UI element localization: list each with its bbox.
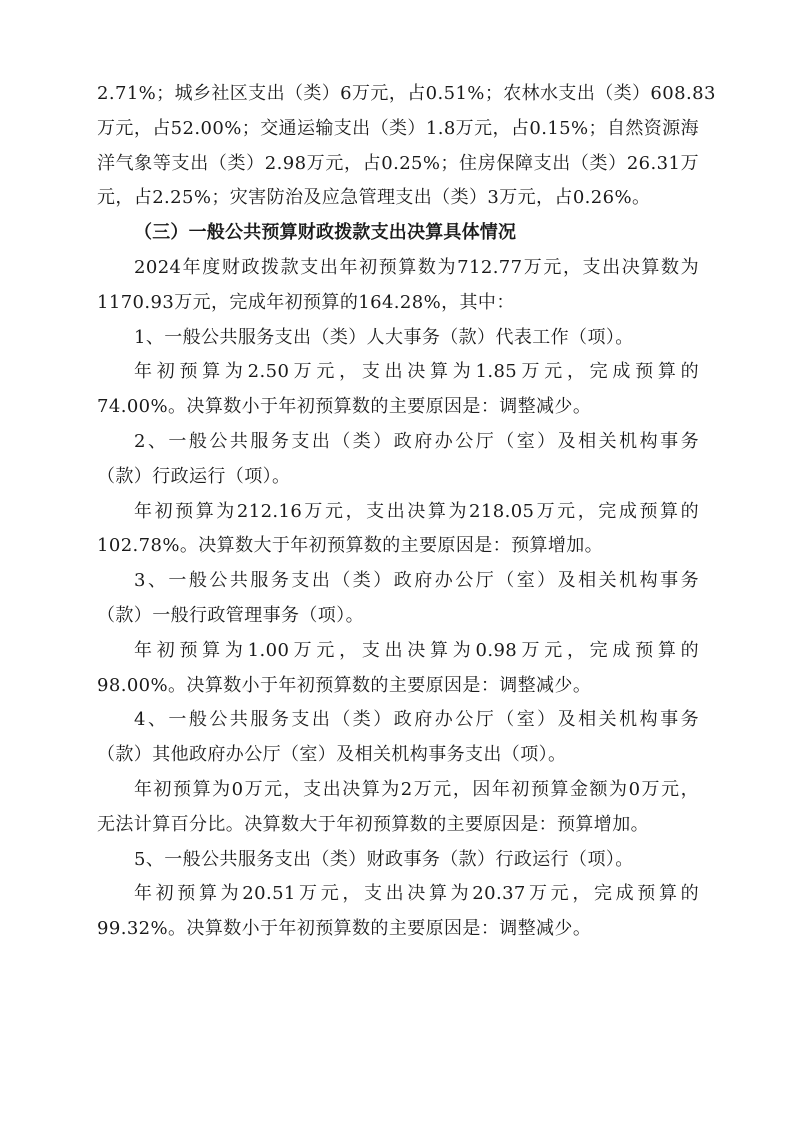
item-title: 4、一般公共服务支出（类）政府办公厅（室）及相关机构事务 [97, 703, 699, 738]
item-detail: 74.00%。决算数小于年初预算数的主要原因是：调整减少。 [97, 390, 699, 425]
item-detail: 98.00%。决算数小于年初预算数的主要原因是：调整减少。 [97, 669, 699, 704]
section-heading: （三）一般公共预算财政拨款支出决算具体情况 [97, 216, 699, 251]
item-detail: 无法计算百分比。决算数大于年初预算数的主要原因是：预算增加。 [97, 808, 699, 843]
expenditure-item-4: 4、一般公共服务支出（类）政府办公厅（室）及相关机构事务 （款）其他政府办公厅（… [97, 703, 699, 842]
expenditure-item-2: 2、一般公共服务支出（类）政府办公厅（室）及相关机构事务 （款）行政运行（项）。… [97, 425, 699, 564]
text-line: 2024年度财政拨款支出年初预算数为712.77万元，支出决算数为 [97, 251, 699, 286]
item-title: （款）行政运行（项）。 [97, 460, 699, 495]
text-line: 万元，占52.00%；交通运输支出（类）1.8万元，占0.15%；自然资源海 [97, 112, 699, 147]
item-detail: 年初预算为20.51万元，支出决算为20.37万元，完成预算的 [97, 877, 699, 912]
summary-paragraph: 2024年度财政拨款支出年初预算数为712.77万元，支出决算数为 1170.9… [97, 251, 699, 321]
text-line: 1170.93万元，完成年初预算的164.28%，其中： [97, 286, 699, 321]
item-title: 2、一般公共服务支出（类）政府办公厅（室）及相关机构事务 [97, 425, 699, 460]
expenditure-item-1: 1、一般公共服务支出（类）人大事务（款）代表工作（项）。 年初预算为2.50万元… [97, 321, 699, 425]
item-title: （款）其他政府办公厅（室）及相关机构事务支出（项）。 [97, 738, 699, 773]
item-detail: 年初预算为1.00万元，支出决算为0.98万元，完成预算的 [97, 634, 699, 669]
expenditure-item-5: 5、一般公共服务支出（类）财政事务（款）行政运行（项）。 年初预算为20.51万… [97, 843, 699, 947]
document-page: 2.71%；城乡社区支出（类）6万元，占0.51%；农林水支出（类）608.83… [97, 77, 699, 947]
text-line: 元，占2.25%；灾害防治及应急管理支出（类）3万元，占0.26%。 [97, 181, 699, 216]
item-title: （款）一般行政管理事务（项）。 [97, 599, 699, 634]
text-line: 2.71%；城乡社区支出（类）6万元，占0.51%；农林水支出（类）608.83 [97, 77, 699, 112]
item-title: 5、一般公共服务支出（类）财政事务（款）行政运行（项）。 [97, 843, 699, 878]
text-line: 洋气象等支出（类）2.98万元，占0.25%；住房保障支出（类）26.31万 [97, 147, 699, 182]
item-detail: 年初预算为0万元，支出决算为2万元，因年初预算金额为0万元， [97, 773, 699, 808]
item-detail: 99.32%。决算数小于年初预算数的主要原因是：调整减少。 [97, 912, 699, 947]
expenditure-item-3: 3、一般公共服务支出（类）政府办公厅（室）及相关机构事务 （款）一般行政管理事务… [97, 564, 699, 703]
item-title: 3、一般公共服务支出（类）政府办公厅（室）及相关机构事务 [97, 564, 699, 599]
item-detail: 年初预算为2.50万元，支出决算为1.85万元，完成预算的 [97, 355, 699, 390]
item-title: 1、一般公共服务支出（类）人大事务（款）代表工作（项）。 [97, 321, 699, 356]
intro-paragraph: 2.71%；城乡社区支出（类）6万元，占0.51%；农林水支出（类）608.83… [97, 77, 699, 216]
item-detail: 102.78%。决算数大于年初预算数的主要原因是：预算增加。 [97, 529, 699, 564]
item-detail: 年初预算为212.16万元，支出决算为218.05万元，完成预算的 [97, 495, 699, 530]
